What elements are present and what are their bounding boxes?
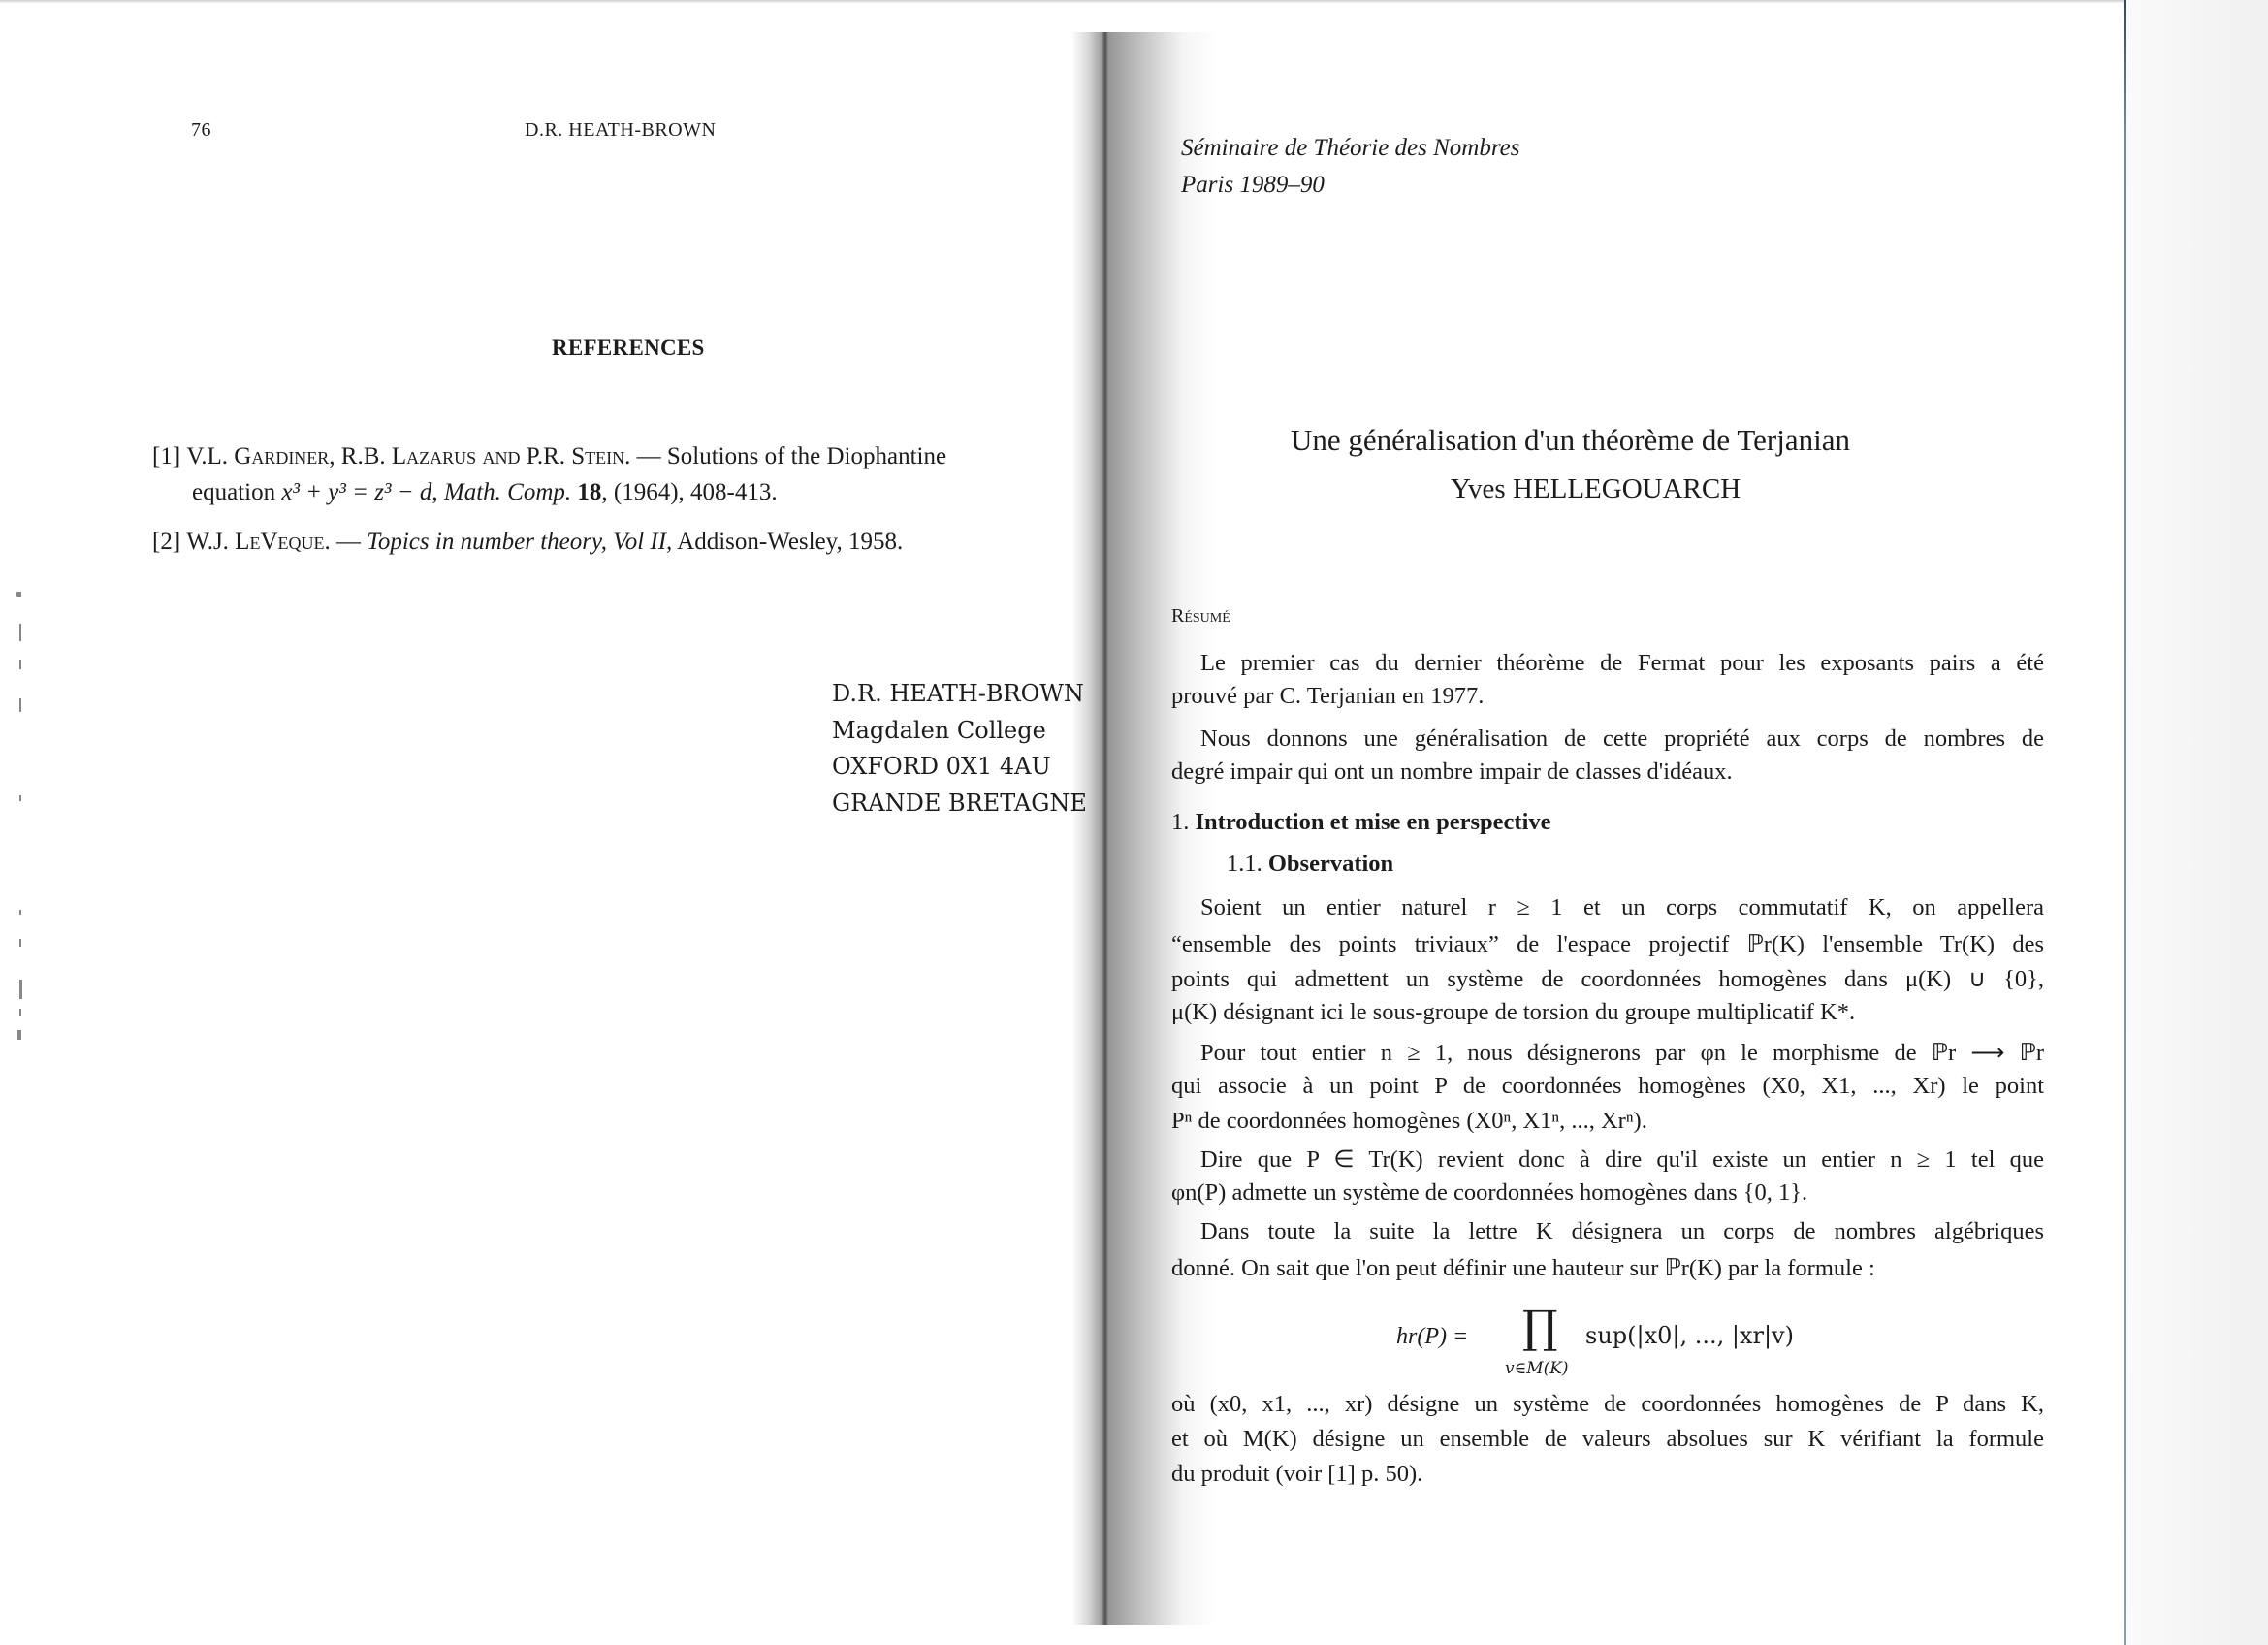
- reference-label: [1]: [152, 443, 180, 469]
- body-line: μ(K) désignant ici le sous-groupe de tor…: [1171, 999, 1855, 1026]
- reference-volume: 18: [577, 479, 601, 505]
- next-page-margin: [2126, 0, 2268, 1645]
- reference-title: Topics in number theory, Vol II,: [367, 529, 672, 555]
- subsection-number: 1.1.: [1227, 851, 1262, 877]
- reference-authors: W.J. LeVeque.: [186, 529, 330, 555]
- body-line: et où M(K) désigne un ensemble de valeur…: [1171, 1426, 2044, 1453]
- abstract-line: Le premier cas du dernier théorème de Fe…: [1200, 650, 2044, 677]
- running-head: D.R. HEATH-BROWN: [525, 119, 716, 142]
- subsection-title: Observation: [1268, 851, 1393, 877]
- section-heading: 1. Introduction et mise en perspective: [1171, 809, 1551, 836]
- scan-speck: [19, 939, 21, 947]
- paper-title: Une généralisation d'un théorème de Terj…: [1291, 423, 1850, 458]
- address-line: GRANDE BRETAGNE: [832, 786, 1087, 822]
- body-line: Dire que P ∈ Tr(K) revient donc à dire q…: [1200, 1145, 2044, 1174]
- address-line: D.R. HEATH-BROWN: [832, 676, 1087, 713]
- address-line: OXFORD 0X1 4AU: [832, 749, 1087, 786]
- references-heading: REFERENCES: [552, 336, 705, 361]
- body-line: qui associe à un point P de coordonnées …: [1171, 1073, 2044, 1100]
- reference-dash: —: [331, 529, 367, 555]
- product-subscript: v∈M(K): [1505, 1359, 1569, 1378]
- venue: Séminaire de Théorie des Nombres Paris 1…: [1181, 130, 1520, 204]
- reference-title-cont: equation: [192, 479, 281, 505]
- abstract-line: prouvé par C. Terjanian en 1977.: [1171, 683, 1484, 710]
- page-edge-line: [2124, 0, 2126, 1645]
- scan-speck: [19, 660, 21, 669]
- scan-speck: [17, 1030, 21, 1040]
- reference-1-cont: equation x³ + y³ = z³ − d, Math. Comp. 1…: [192, 474, 778, 510]
- scan-speck: [19, 795, 21, 801]
- reference-details: , (1964), 408-413.: [601, 479, 777, 505]
- venue-line-2: Paris 1989–90: [1181, 167, 1520, 204]
- scan-speck: [16, 592, 21, 597]
- body-line: “ensemble des points triviaux” de l'espa…: [1171, 929, 2044, 958]
- scan-speck: [19, 910, 21, 915]
- body-line: φn(P) admette un système de coordonnées …: [1171, 1179, 1807, 1207]
- scan-speck: [19, 980, 22, 999]
- body-line: où (x0, x1, ..., xr) désigne un système …: [1171, 1391, 2044, 1418]
- body-line: Dans toute la suite la lettre K désigner…: [1200, 1218, 2044, 1245]
- venue-line-1: Séminaire de Théorie des Nombres: [1181, 130, 1520, 167]
- body-line: du produit (voir [1] p. 50).: [1171, 1461, 1422, 1488]
- subsection-heading: 1.1. Observation: [1227, 851, 1393, 878]
- article-body: Résumé Le premier cas du dernier théorèm…: [1171, 605, 2044, 1498]
- body-line: Pⁿ de coordonnées homogènes (X0ⁿ, X1ⁿ, .…: [1171, 1108, 1647, 1135]
- scan-top-edge: [0, 0, 2268, 3]
- page-number: 76: [191, 119, 211, 142]
- scan-speck: [19, 624, 21, 641]
- abstract-line: degré impair qui ont un nombre impair de…: [1171, 758, 1733, 786]
- paper-author: Yves HELLEGOUARCH: [1451, 473, 1741, 505]
- abstract-line: Nous donnons une généralisation de cette…: [1200, 726, 2044, 753]
- author-address: D.R. HEATH-BROWN Magdalen College OXFORD…: [832, 676, 1087, 822]
- section-title: Introduction et mise en perspective: [1196, 809, 1551, 835]
- reference-details: Addison-Wesley, 1958.: [672, 529, 903, 555]
- scan-speck: [19, 698, 21, 712]
- address-line: Magdalen College: [832, 713, 1087, 750]
- body-line: donné. On sait que l'on peut définir une…: [1171, 1253, 1875, 1282]
- body-line: Soient un entier naturel r ≥ 1 et un cor…: [1200, 894, 2044, 921]
- body-line: points qui admettent un système de coord…: [1171, 964, 2044, 993]
- reference-1: [1] V.L. Gardiner, R.B. Lazarus and P.R.…: [152, 438, 946, 474]
- formula-lhs: hr(P) =: [1396, 1324, 1468, 1349]
- reference-label: [2]: [152, 529, 180, 555]
- abstract-heading: Résumé: [1171, 605, 1230, 628]
- reference-2: [2] W.J. LeVeque. — Topics in number the…: [152, 524, 903, 560]
- reference-title: Solutions of the Diophantine: [667, 443, 946, 469]
- reference-dash: —: [630, 443, 667, 469]
- reference-authors: V.L. Gardiner, R.B. Lazarus and P.R. Ste…: [186, 443, 630, 469]
- product-operator: ∏: [1522, 1301, 1558, 1353]
- formula-rhs: sup(|x0|, ..., |xr|v): [1585, 1322, 1794, 1349]
- body-line: Pour tout entier n ≥ 1, nous désignerons…: [1200, 1038, 2044, 1067]
- reference-equation: x³ + y³ = z³ − d: [281, 479, 431, 505]
- section-number: 1.: [1171, 809, 1189, 835]
- scan-speck: [19, 1009, 21, 1016]
- height-formula: hr(P) = ∏ v∈M(K) sup(|x0|, ..., |xr|v): [1396, 1322, 1468, 1350]
- reference-journal: Math. Comp.: [444, 479, 571, 505]
